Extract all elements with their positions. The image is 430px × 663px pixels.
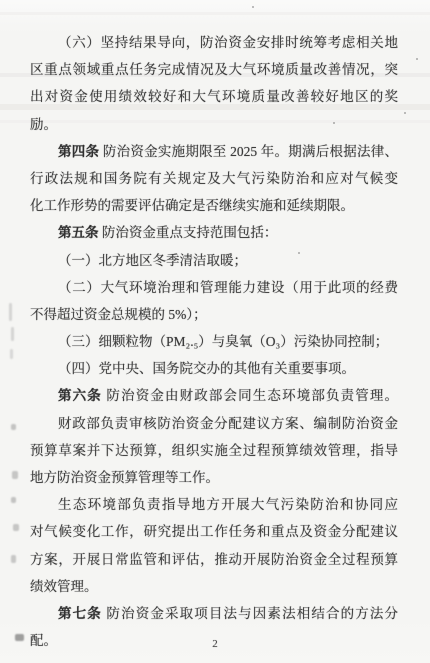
- article-heading: 第四条: [58, 144, 99, 159]
- text-segment: 财政部负责审核防治资金分配建议方案、编制防治资金: [58, 416, 398, 431]
- scan-speck: [404, 112, 406, 114]
- text-line: 出对资金使用绩效较好和大气环境质量改善较好地区的奖: [30, 83, 398, 110]
- text-segment: 防治资金重点支持范围包括：: [99, 225, 278, 240]
- article-heading: 第六条: [58, 388, 102, 403]
- text-segment: 防治资金由财政部会同生态环境部负责管理。: [102, 388, 398, 403]
- text-segment: 化工作形势的需要评估确定是否继续实施和延续期限。: [30, 198, 354, 213]
- text-line: 化工作形势的需要评估确定是否继续实施和延续期限。: [30, 192, 398, 219]
- scan-smudge: [11, 497, 16, 503]
- text-line: 绩效管理。: [30, 573, 398, 600]
- text-line: 对气候变化工作，研究提出工作任务和重点及资金分配建议: [30, 518, 398, 545]
- text-line: 行政法规和国务院有关规定及大气污染防治和应对气候变: [30, 165, 398, 192]
- text-segment: （一）北方地区冬季清洁取暖；: [58, 253, 247, 268]
- text-line: 生态环境部负责指导地方开展大气污染防治和协同应: [30, 491, 398, 518]
- text-segment: 防治资金采取项目法与因素法相结合的方法分: [102, 606, 398, 621]
- scan-smudge: [11, 555, 16, 563]
- text-line: 区重点领域重点任务完成情况及大气环境质量改善情况，突: [30, 56, 398, 83]
- article-heading: 第七条: [58, 606, 102, 621]
- text-line: 预算草案并下达预算，组织实施全过程预算绩效管理，指导: [30, 437, 398, 464]
- scan-smudge: [10, 349, 13, 359]
- scanned-document-page: （六）坚持结果导向，防治资金安排时统筹考虑相关地区重点领域重点任务完成情况及大气…: [0, 0, 430, 663]
- text-segment: 绩效管理。: [30, 579, 98, 594]
- text-line: （一）北方地区冬季清洁取暖；: [30, 247, 398, 274]
- text-segment: 不得超过资金总规模的 5%）；: [30, 307, 207, 322]
- text-line: 方案，开展日常监管和评估，推动开展防治资金全过程预算: [30, 546, 398, 573]
- scan-smudge: [12, 471, 18, 479]
- text-segment: 励。: [30, 117, 57, 132]
- text-segment: 出对资金使用绩效较好和大气环境质量改善较好地区的奖: [30, 89, 398, 104]
- text-line: （四）党中央、国务院交办的其他有关重要事项。: [30, 355, 398, 382]
- text-segment: （四）党中央、国务院交办的其他有关重要事项。: [58, 361, 355, 376]
- text-segment: 行政法规和国务院有关规定及大气污染防治和应对气候变: [30, 171, 398, 186]
- text-line: （六）坚持结果导向，防治资金安排时统筹考虑相关地: [30, 29, 398, 56]
- text-segment: 方案，开展日常监管和评估，推动开展防治资金全过程预算: [30, 552, 398, 567]
- text-segment: 区重点领域重点任务完成情况及大气环境质量改善情况，突: [30, 62, 398, 77]
- text-segment: （六）坚持结果导向，防治资金安排时统筹考虑相关地: [58, 35, 398, 50]
- text-line: 第六条 防治资金由财政部会同生态环境部负责管理。: [30, 382, 398, 409]
- document-body: （六）坚持结果导向，防治资金安排时统筹考虑相关地区重点领域重点任务完成情况及大气…: [30, 29, 398, 654]
- text-segment: 预算草案并下达预算，组织实施全过程预算绩效管理，指导: [30, 443, 398, 458]
- scan-smudge: [13, 524, 19, 531]
- text-segment: 生态环境部负责指导地方开展大气污染防治和协同应: [58, 497, 398, 512]
- text-line: 第七条 防治资金采取项目法与因素法相结合的方法分: [30, 600, 398, 627]
- text-segment: 地方防治资金预算管理等工作。: [30, 470, 219, 485]
- scan-speck: [416, 58, 418, 60]
- text-segment: （二）大气环境治理和管理能力建设（用于此项的经费: [58, 280, 398, 295]
- scan-smudge: [9, 303, 12, 321]
- text-segment: （三）细颗粒物（PM₂.₅）与臭氧（O₃）污染协同控制；: [58, 334, 388, 349]
- text-line: 地方防治资金预算管理等工作。: [30, 464, 398, 491]
- text-segment: 防治资金实施期限至 2025 年。期满后根据法律、: [99, 144, 398, 159]
- scan-speck: [252, 6, 254, 8]
- page-number: 2: [0, 638, 430, 650]
- text-line: （三）细颗粒物（PM₂.₅）与臭氧（O₃）污染协同控制；: [30, 328, 398, 355]
- scan-streak: [0, 12, 430, 15]
- text-segment: 对气候变化工作，研究提出工作任务和重点及资金分配建议: [30, 524, 398, 539]
- text-line: （二）大气环境治理和管理能力建设（用于此项的经费: [30, 274, 398, 301]
- article-heading: 第五条: [58, 225, 99, 240]
- text-line: 财政部负责审核防治资金分配建议方案、编制防治资金: [30, 410, 398, 437]
- scan-smudge: [11, 424, 16, 430]
- text-line: 第四条 防治资金实施期限至 2025 年。期满后根据法律、: [30, 138, 398, 165]
- text-line: 励。: [30, 111, 398, 138]
- text-line: 第五条 防治资金重点支持范围包括：: [30, 219, 398, 246]
- text-line: 不得超过资金总规模的 5%）；: [30, 301, 398, 328]
- scan-smudge: [11, 327, 14, 341]
